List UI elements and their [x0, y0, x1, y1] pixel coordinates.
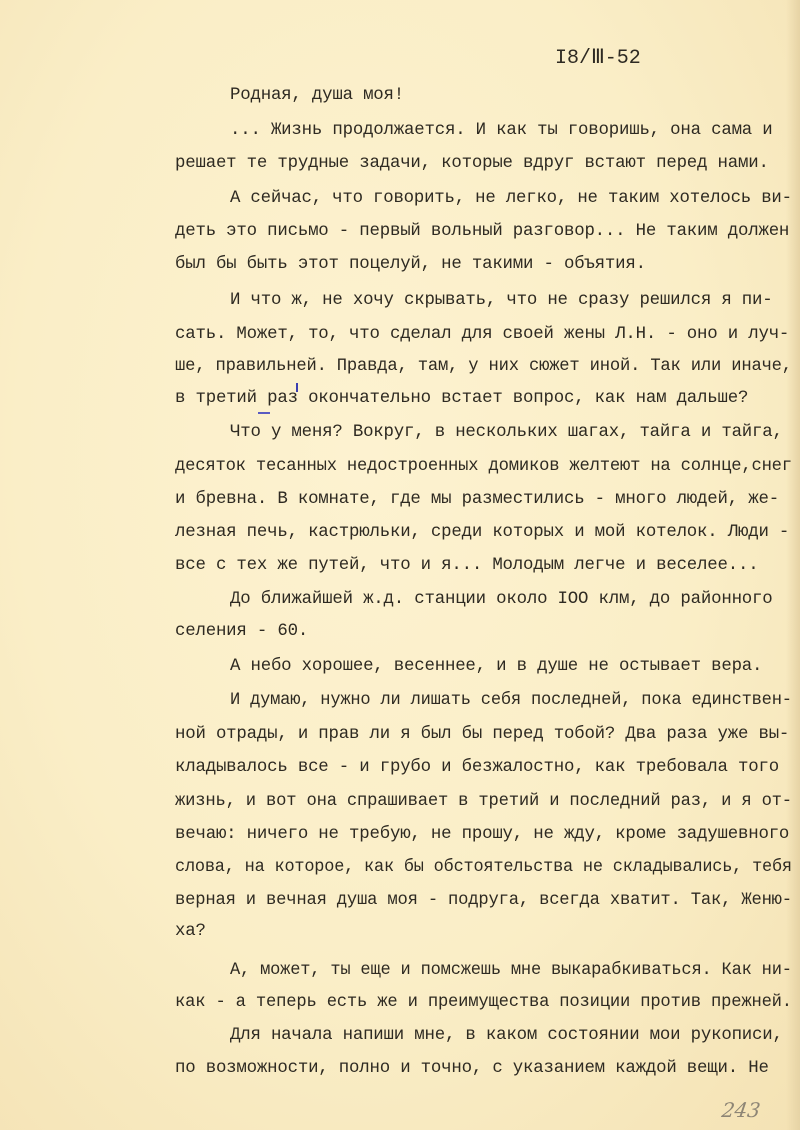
letter-line: лезная печь, кастрюльки, среди которых и…: [175, 523, 789, 542]
letter-line: как - а теперь есть же и преимущества по…: [175, 993, 792, 1012]
letter-line: и бревна. В комнате, где мы разместились…: [175, 490, 779, 509]
letter-line: селения - 60.: [175, 622, 308, 641]
letter-line: верная и вечная душа моя - подруга, всег…: [175, 891, 792, 910]
letter-line: кладывалось все - и грубо и безжалостно,…: [175, 758, 779, 777]
letter-line: А, может, ты еще и помсжешь мне выкарабк…: [230, 961, 792, 980]
letter-line: слова, на которое, как бы обстоятельства…: [175, 858, 792, 877]
ink-correction-mark: [296, 383, 298, 392]
letter-line: в третий раз окончательно встает вопрос,…: [175, 389, 748, 408]
letter-line: А небо хорошее, весеннее, и в душе не ос…: [230, 657, 762, 676]
letter-line: ... Жизнь продолжается. И как ты говориш…: [230, 121, 773, 140]
letter-line: по возможности, полно и точно, с указани…: [175, 1059, 769, 1078]
letter-line: был бы быть этот поцелуй, не такими - об…: [175, 255, 646, 274]
letter-line: вечаю: ничего не требую, не прошу, не жд…: [175, 825, 789, 844]
letter-line: Родная, душа моя!: [230, 86, 404, 105]
letter-line: деть это письмо - первый вольный разгово…: [175, 222, 789, 241]
letter-line: Для начала напиши мне, в каком состоянии…: [230, 1026, 783, 1045]
letter-line: ше, правильней. Правда, там, у них сюжет…: [175, 357, 792, 376]
typewritten-letter-page: I8/Ⅲ-52 Родная, душа моя!... Жизнь продо…: [0, 0, 800, 1130]
letter-line: До ближайшей ж.д. станции около IOO клм,…: [230, 590, 773, 609]
letter-line: А сейчас, что говорить, не легко, не так…: [230, 189, 792, 208]
letter-line: решает те трудные задачи, которые вдруг …: [175, 154, 769, 173]
letter-line: все с тех же путей, что и я... Молодым л…: [175, 556, 758, 575]
letter-line: сать. Может, то, что сделал для своей же…: [175, 325, 789, 344]
letter-line: жизнь, и вот она спрашивает в третий и п…: [175, 792, 792, 811]
letter-line: ной отрады, и прав ли я был бы перед тоб…: [175, 725, 789, 744]
letter-line: И думаю, нужно ли лишать себя последней,…: [230, 691, 792, 710]
letter-line: десяток тесанных недостроенных домиков ж…: [175, 457, 792, 476]
letter-date: I8/Ⅲ-52: [555, 44, 641, 70]
archive-folio-number: 243: [720, 1098, 762, 1122]
letter-line: Что у меня? Вокруг, в нескольких шагах, …: [230, 423, 783, 442]
letter-line: ха?: [175, 922, 206, 941]
ink-underline-mark: [258, 412, 270, 414]
letter-line: И что ж, не хочу скрывать, что не сразу …: [230, 291, 773, 310]
